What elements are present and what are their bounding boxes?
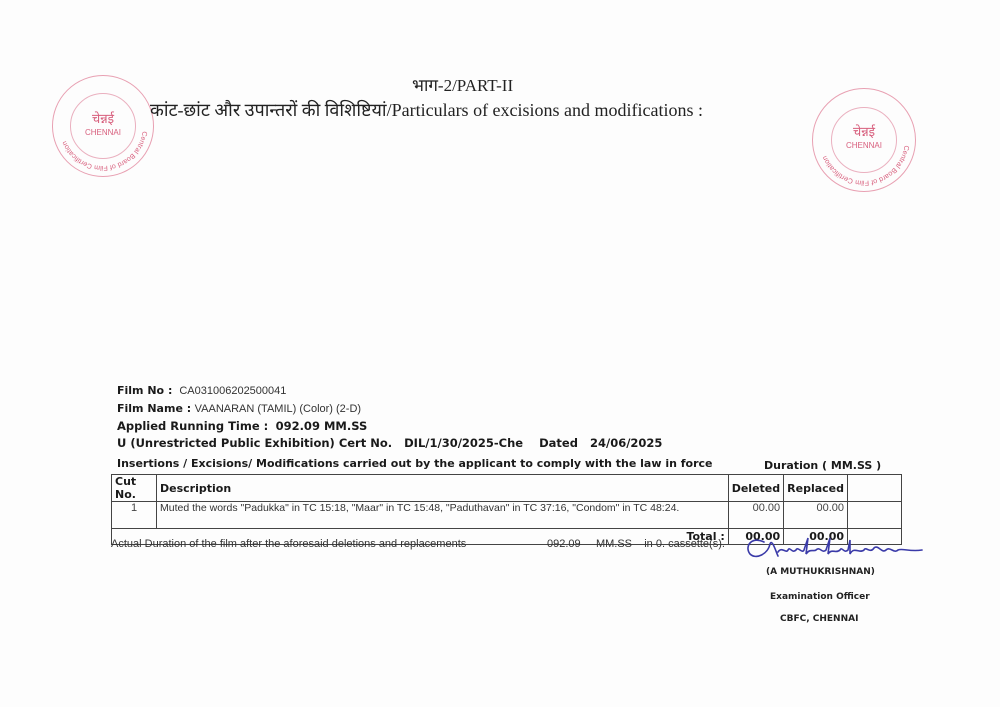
col-blank bbox=[848, 475, 902, 502]
signature bbox=[742, 532, 932, 566]
film-name-label: Film Name : bbox=[117, 402, 191, 415]
deleted-cell: 00.00 bbox=[728, 502, 783, 529]
signatory-designation: Examination Officer bbox=[770, 592, 870, 602]
actual-duration-label: Actual Duration of the film after the af… bbox=[111, 538, 466, 550]
cassettes-text: in 0. cassette(s). bbox=[644, 538, 725, 550]
stamp-ring-text: Central Board of Film Certification bbox=[813, 89, 915, 191]
cert-label: U (Unrestricted Public Exhibition) Cert … bbox=[117, 436, 392, 450]
cert-line: U (Unrestricted Public Exhibition) Cert … bbox=[117, 436, 662, 450]
film-no-value: CA031006202500041 bbox=[179, 385, 286, 397]
actual-duration-line: 092.09 MM.SS in 0. cassette(s). bbox=[547, 538, 725, 550]
page-heading: कांट-छांट और उपान्तरों की विशिष्टियां/Pa… bbox=[150, 98, 703, 122]
signatory-office: CBFC, CHENNAI bbox=[780, 614, 858, 624]
actual-duration-value: 092.09 bbox=[547, 538, 581, 550]
dated-label: Dated bbox=[539, 436, 578, 450]
col-description: Description bbox=[157, 475, 729, 502]
duration-header: Duration ( MM.SS ) bbox=[764, 459, 881, 472]
signatory-name: (A MUTHUKRISHNAN) bbox=[766, 567, 875, 577]
cbfc-stamp-left: Central Board of Film Certification चेन्… bbox=[52, 75, 154, 177]
table-row: 1 Muted the words "Padukka" in TC 15:18,… bbox=[112, 502, 902, 529]
col-replaced: Replaced bbox=[784, 475, 848, 502]
part-title: भाग-2/PART-II bbox=[412, 73, 513, 96]
dated-value: 24/06/2025 bbox=[590, 436, 662, 450]
running-time-value: 092.09 MM.SS bbox=[276, 419, 368, 433]
cut-no-cell: 1 bbox=[112, 502, 157, 529]
table-header-row: Cut No. Description Deleted Replaced bbox=[112, 475, 902, 502]
stamp-hindi-city: चेन्नई bbox=[53, 109, 153, 127]
signature-icon bbox=[742, 532, 932, 566]
film-name-line: Film Name : VAANARAN (TAMIL) (Color) (2-… bbox=[117, 402, 361, 415]
cbfc-stamp-right: Central Board of Film Certification चेन्… bbox=[812, 88, 916, 192]
stamp-hindi-city: चेन्नई bbox=[813, 122, 915, 140]
col-cut-no: Cut No. bbox=[112, 475, 157, 502]
running-time-line: Applied Running Time : 092.09 MM.SS bbox=[117, 419, 367, 433]
stamp-english-city: CHENNAI bbox=[813, 141, 915, 150]
blank-cell bbox=[848, 502, 902, 529]
table-caption: Insertions / Excisions/ Modifications ca… bbox=[117, 457, 713, 470]
stamp-english-city: CHENNAI bbox=[53, 128, 153, 137]
description-cell: Muted the words "Padukka" in TC 15:18, "… bbox=[157, 502, 729, 529]
svg-text:Central Board of Film Certific: Central Board of Film Certification bbox=[821, 145, 911, 187]
running-time-label: Applied Running Time : bbox=[117, 419, 268, 433]
col-deleted: Deleted bbox=[728, 475, 783, 502]
film-name-value: VAANARAN (TAMIL) (Color) (2-D) bbox=[195, 403, 361, 415]
replaced-cell: 00.00 bbox=[784, 502, 848, 529]
duration-unit: MM.SS bbox=[596, 538, 632, 550]
cert-no: DIL/1/30/2025-Che bbox=[404, 436, 523, 450]
film-no-label: Film No : bbox=[117, 384, 172, 397]
film-no-line: Film No : CA031006202500041 bbox=[117, 384, 286, 397]
